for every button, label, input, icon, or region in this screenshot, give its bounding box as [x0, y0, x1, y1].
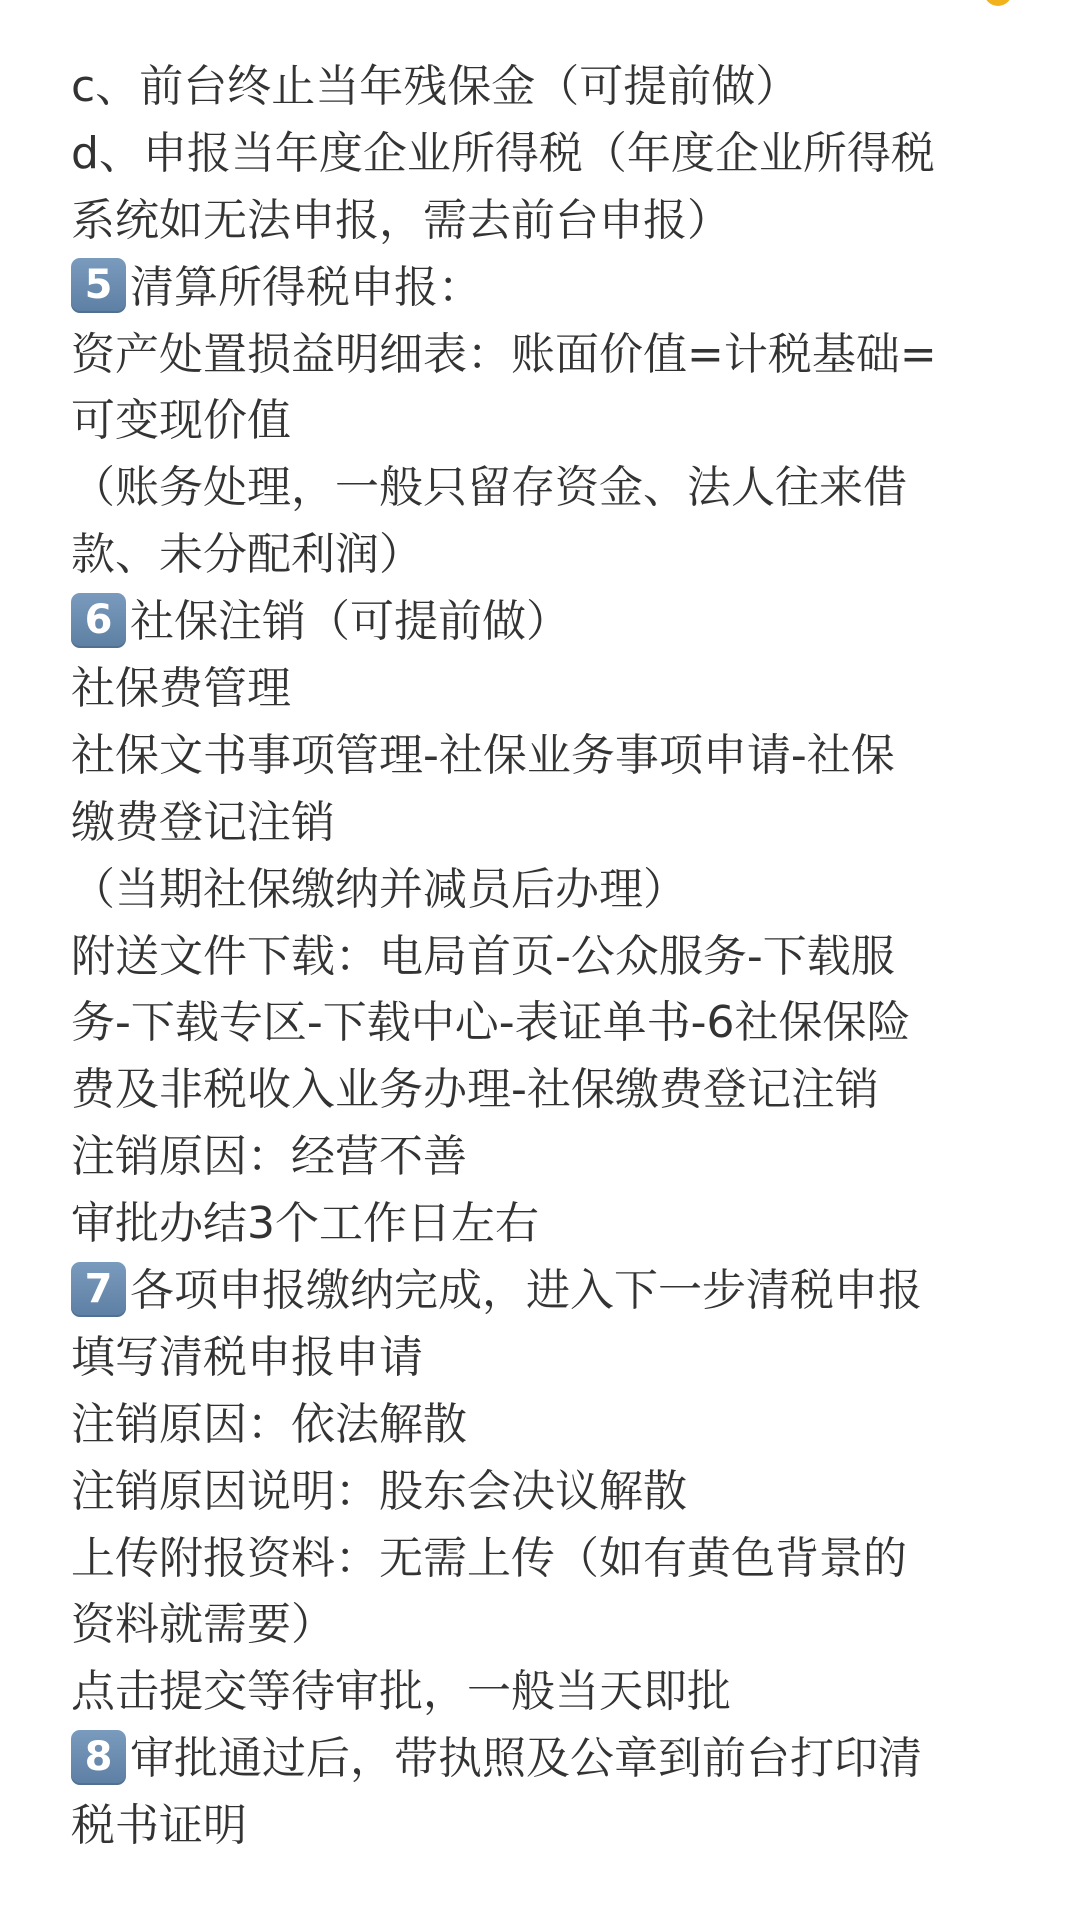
keycap-5-icon: 5 — [71, 258, 126, 313]
text-line: 费及非税收入业务办理-社保缴费登记注销 — [71, 1057, 1051, 1124]
line-text: 缴费登记注销 — [71, 797, 335, 848]
line-text: 款、未分配利润） — [71, 529, 423, 580]
line-text: 附送文件下载：电局首页-公众服务-下载服 — [71, 931, 895, 982]
line-text: 点击提交等待审批，一般当天即批 — [71, 1666, 731, 1717]
text-line: 注销原因：依法解散 — [71, 1392, 1051, 1459]
text-line: 注销原因说明：股东会决议解散 — [71, 1459, 1051, 1526]
text-line: 务-下载专区-下载中心-表证单书-6社保保险 — [71, 990, 1051, 1057]
line-text: 可变现价值 — [71, 395, 291, 446]
keycap-7-icon: 7 — [71, 1262, 126, 1317]
line-text: 各项申报缴纳完成，进入下一步清税申报 — [130, 1265, 922, 1316]
text-line: d、申报当年度企业所得税（年度企业所得税 — [71, 121, 1051, 188]
text-line: 资料就需要） — [71, 1592, 1051, 1659]
keycap-6-icon: 6 — [71, 593, 126, 648]
text-line: 审批办结3个工作日左右 — [71, 1191, 1051, 1258]
step-heading-8: 8审批通过后，带执照及公章到前台打印清 — [71, 1726, 1051, 1793]
text-line: 附送文件下载：电局首页-公众服务-下载服 — [71, 924, 1051, 991]
line-text: 务-下载专区-下载中心-表证单书-6社保保险 — [71, 997, 911, 1048]
line-text: d、申报当年度企业所得税（年度企业所得税 — [71, 128, 935, 179]
emoji-partial-icon — [984, 0, 1012, 6]
document-body: c、前台终止当年残保金（可提前做） d、申报当年度企业所得税（年度企业所得税 系… — [71, 54, 1051, 1860]
step-heading-6: 6社保注销（可提前做） — [71, 589, 1051, 656]
text-line: 社保文书事项管理-社保业务事项申请-社保 — [71, 723, 1051, 790]
text-line: 资产处置损益明细表：账面价值=计税基础= — [71, 322, 1051, 389]
line-text: 填写清税申报申请 — [71, 1332, 423, 1383]
line-text: 注销原因：依法解散 — [71, 1399, 467, 1450]
keycap-8-icon: 8 — [71, 1730, 126, 1785]
step-heading-5: 5清算所得税申报： — [71, 255, 1051, 322]
text-line: 缴费登记注销 — [71, 790, 1051, 857]
text-line: 上传附报资料：无需上传（如有黄色背景的 — [71, 1526, 1051, 1593]
text-line: c、前台终止当年残保金（可提前做） — [71, 54, 1051, 121]
text-line: 系统如无法申报，需去前台申报） — [71, 188, 1051, 255]
line-text: 社保注销（可提前做） — [130, 596, 570, 647]
text-line: （账务处理，一般只留存资金、法人往来借 — [71, 455, 1051, 522]
step-heading-7: 7各项申报缴纳完成，进入下一步清税申报 — [71, 1258, 1051, 1325]
line-text: 注销原因：经营不善 — [71, 1131, 467, 1182]
text-line: （当期社保缴纳并减员后办理） — [71, 857, 1051, 924]
text-line: 社保费管理 — [71, 656, 1051, 723]
text-line: 点击提交等待审批，一般当天即批 — [71, 1659, 1051, 1726]
line-text: 审批通过后，带执照及公章到前台打印清 — [130, 1733, 922, 1784]
text-line: 款、未分配利润） — [71, 522, 1051, 589]
line-text: 注销原因说明：股东会决议解散 — [71, 1466, 687, 1517]
text-line: 可变现价值 — [71, 388, 1051, 455]
line-text: 资料就需要） — [71, 1599, 335, 1650]
line-text: 社保文书事项管理-社保业务事项申请-社保 — [71, 730, 895, 781]
text-line: 注销原因：经营不善 — [71, 1124, 1051, 1191]
line-text: 社保费管理 — [71, 663, 291, 714]
line-text: （账务处理，一般只留存资金、法人往来借 — [71, 462, 907, 513]
line-text: 资产处置损益明细表：账面价值=计税基础= — [71, 329, 937, 380]
line-text: 上传附报资料：无需上传（如有黄色背景的 — [71, 1533, 907, 1584]
line-text: （当期社保缴纳并减员后办理） — [71, 864, 687, 915]
line-text: 费及非税收入业务办理-社保缴费登记注销 — [71, 1064, 879, 1115]
line-text: c、前台终止当年残保金（可提前做） — [71, 61, 799, 112]
text-line: 税书证明 — [71, 1793, 1051, 1860]
line-text: 税书证明 — [71, 1800, 247, 1851]
line-text: 清算所得税申报： — [130, 262, 482, 313]
text-line: 填写清税申报申请 — [71, 1325, 1051, 1392]
line-text: 审批办结3个工作日左右 — [71, 1198, 539, 1249]
line-text: 系统如无法申报，需去前台申报） — [71, 195, 731, 246]
